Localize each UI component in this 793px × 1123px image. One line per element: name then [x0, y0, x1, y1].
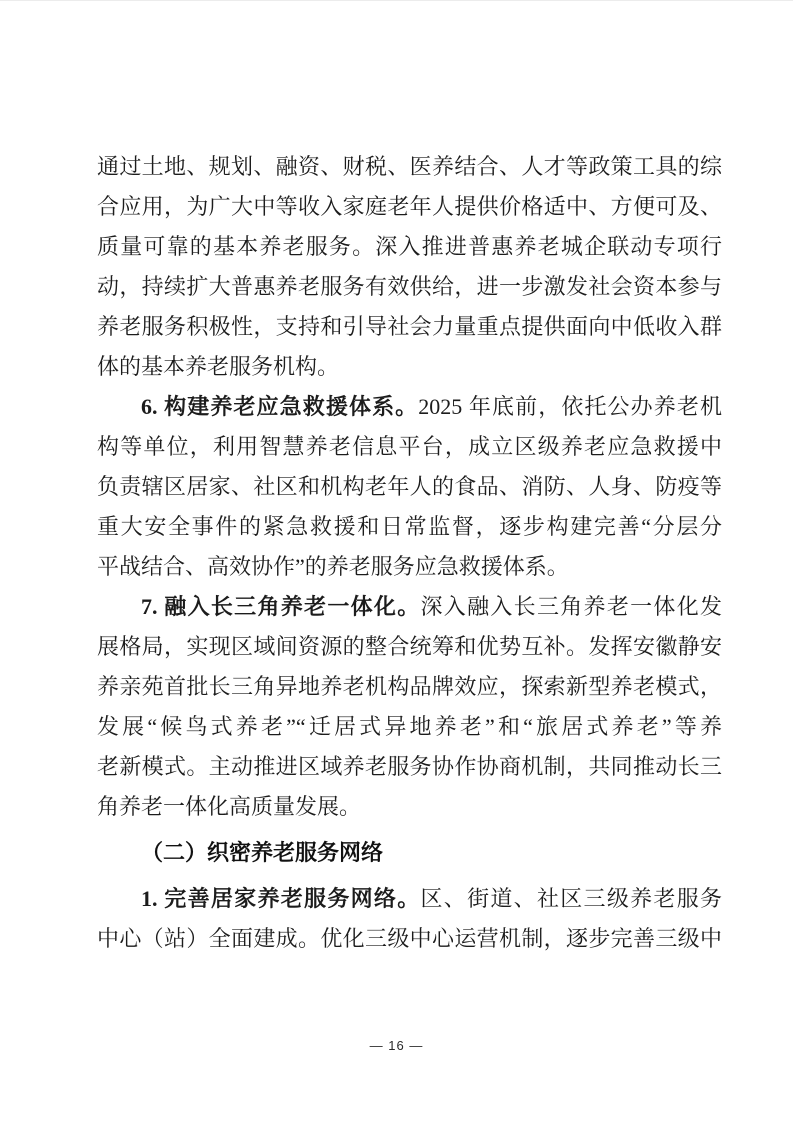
text-line: 通过土地、规划、融资、财税、医养结合、人才等政策工具的综: [97, 147, 722, 187]
text-line: 合应用，为广大中等收入家庭老年人提供价格适中、方便可及、: [97, 187, 722, 227]
text-line: 负责辖区居家、社区和机构老年人的食品、消防、人身、防疫等: [97, 467, 722, 507]
paragraph-text: 2025 年底前，依托公办养老机: [418, 394, 722, 419]
text-line: 养亲苑首批长三角异地养老机构品牌效应，探索新型养老模式，: [97, 667, 722, 707]
section-heading: （二）织密养老服务网络: [97, 833, 722, 873]
text-line: 7. 融入长三角养老一体化。深入融入长三角养老一体化发: [97, 587, 722, 627]
text-line: 老新模式。主动推进区域养老服务协作协商机制，共同推动长三: [97, 747, 722, 787]
text-line: 重大安全事件的紧急救援和日常监督，逐步构建完善“分层分类、: [97, 507, 722, 547]
text-line: 发展“候鸟式养老”“迁居式异地养老”和“旅居式养老”等养: [97, 707, 722, 747]
text-line: 平战结合、高效协作”的养老服务应急救援体系。: [97, 547, 722, 587]
text-line: 动，持续扩大普惠养老服务有效供给，进一步激发社会资本参与: [97, 267, 722, 307]
paragraph-text: 深入融入长三角养老一体化发: [421, 594, 723, 619]
paragraph-lead: 1. 完善居家养老服务网络。: [141, 886, 421, 911]
text-line: 6. 构建养老应急救援体系。2025 年底前，依托公办养老机: [97, 387, 722, 427]
paragraph-lead: 7. 融入长三角养老一体化。: [141, 594, 421, 619]
text-line: 中心（站）全面建成。优化三级中心运营机制，逐步完善三级中: [97, 919, 722, 959]
text-line: 角养老一体化高质量发展。: [97, 787, 722, 827]
text-line: 展格局，实现区域间资源的整合统筹和优势互补。发挥安徽静安: [97, 627, 722, 667]
page-number: — 16 —: [0, 1037, 793, 1055]
text-line: 构等单位，利用智慧养老信息平台，成立区级养老应急救援中心，: [97, 427, 722, 467]
text-line: 体的基本养老服务机构。: [97, 347, 722, 387]
text-line: 养老服务积极性，支持和引导社会力量重点提供面向中低收入群: [97, 307, 722, 347]
text-line: 1. 完善居家养老服务网络。区、街道、社区三级养老服务: [97, 879, 722, 919]
document-page: 通过土地、规划、融资、财税、医养结合、人才等政策工具的综 合应用，为广大中等收入…: [0, 0, 793, 1123]
paragraph-lead: 6. 构建养老应急救援体系。: [141, 394, 418, 419]
body-text: 通过土地、规划、融资、财税、医养结合、人才等政策工具的综 合应用，为广大中等收入…: [97, 147, 722, 959]
text-line: 质量可靠的基本养老服务。深入推进普惠养老城企联动专项行: [97, 227, 722, 267]
paragraph-text: 区、街道、社区三级养老服务: [421, 886, 723, 911]
